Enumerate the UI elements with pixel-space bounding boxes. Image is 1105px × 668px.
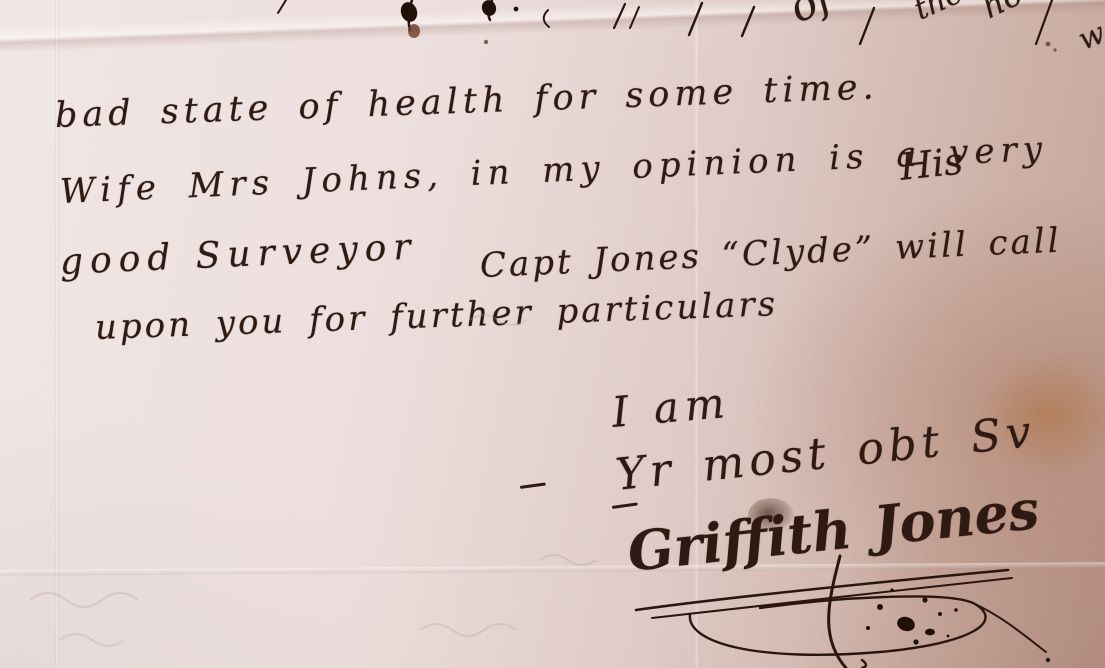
top-fragment-the: the (909, 0, 968, 27)
horizontal-fold-crease (0, 562, 1105, 576)
top-fragment-of: of (781, 0, 839, 33)
top-fragment-w: w (1073, 16, 1105, 58)
letter-line-4: upon you for further particulars (94, 284, 778, 348)
show-through-writing (30, 315, 596, 646)
ink-blot (398, 0, 419, 24)
pen-dash (612, 502, 638, 509)
ink-blot (480, 0, 499, 18)
ink-splatter (866, 588, 1050, 662)
letter-line-1: bad state of health for some time. (54, 67, 879, 136)
letter-photo: of the hou w bad state of health for som… (0, 0, 1105, 668)
letter-line-3a: good Surveyor (59, 226, 418, 283)
letter-closing-1: I am (610, 378, 733, 437)
letter-line-3b: Capt Jones “Clyde” will call (479, 221, 1062, 286)
top-fragment-hou: hou (976, 0, 1047, 26)
letter-line-2: Wife Mrs Johns, in my opinion is a very (59, 129, 1049, 212)
pen-dash (520, 482, 546, 489)
